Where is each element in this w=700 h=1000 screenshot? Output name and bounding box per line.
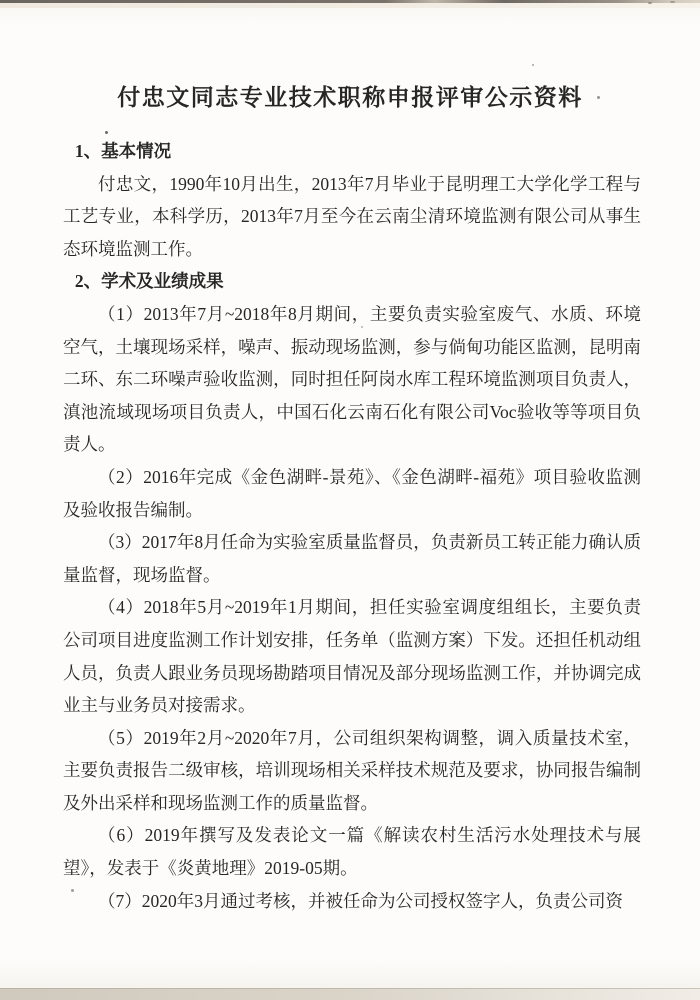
document-body: 1、基本情况 付忠文，1990年10月出生，2013年7月毕业于昆明理工大学化学… [63,135,641,917]
section-heading-basic-info: 1、基本情况 [63,135,641,168]
scanned-document-page: 付忠文同志专业技术职称申报评审公示资料 1、基本情况 付忠文，1990年10月出… [0,0,700,1000]
scan-speck [532,64,534,66]
section-heading-achievements: 2、学术及业绩成果 [63,265,641,298]
basic-info-paragraph: 付忠文，1990年10月出生，2013年7月毕业于昆明理工大学化学工程与工艺专业… [63,168,641,266]
achievement-item-3: （3）2017年8月任命为实验室质量监督员，负责新员工转正能力确认质量监督，现场… [63,526,641,591]
scan-speck [670,1,675,3]
achievement-item-1: （1）2013年7月~2018年8月期间，主要负责实验室废气、水质、环境空气，土… [63,298,641,461]
achievement-item-7: （7）2020年3月通过考核，并被任命为公司授权签字人，负责公司资 [63,885,641,918]
scan-speck [361,326,363,328]
scan-speck [105,131,108,134]
document-title: 付忠文同志专业技术职称申报评审公示资料 [0,84,700,112]
scan-bottom-edge [0,988,700,1000]
achievement-item-4: （4）2018年5月~2019年1月期间，担任实验室调度组组长，主要负责公司项目… [63,591,641,721]
achievement-item-5: （5）2019年2月~2020年7月，公司组织架构调整，调入质量技术室，主要负责… [63,722,641,820]
scan-speck [71,889,74,892]
scan-speck [597,96,600,99]
achievement-item-2: （2）2016年完成《金色湖畔-景苑》、《金色湖畔-福苑》项目验收监测及验收报告… [63,461,641,526]
scan-speck [648,2,652,4]
scan-top-edge-shadow [0,3,700,8]
achievement-item-6: （6）2019年撰写及发表论文一篇《解读农村生活污水处理技术与展望》，发表于《炎… [63,819,641,884]
